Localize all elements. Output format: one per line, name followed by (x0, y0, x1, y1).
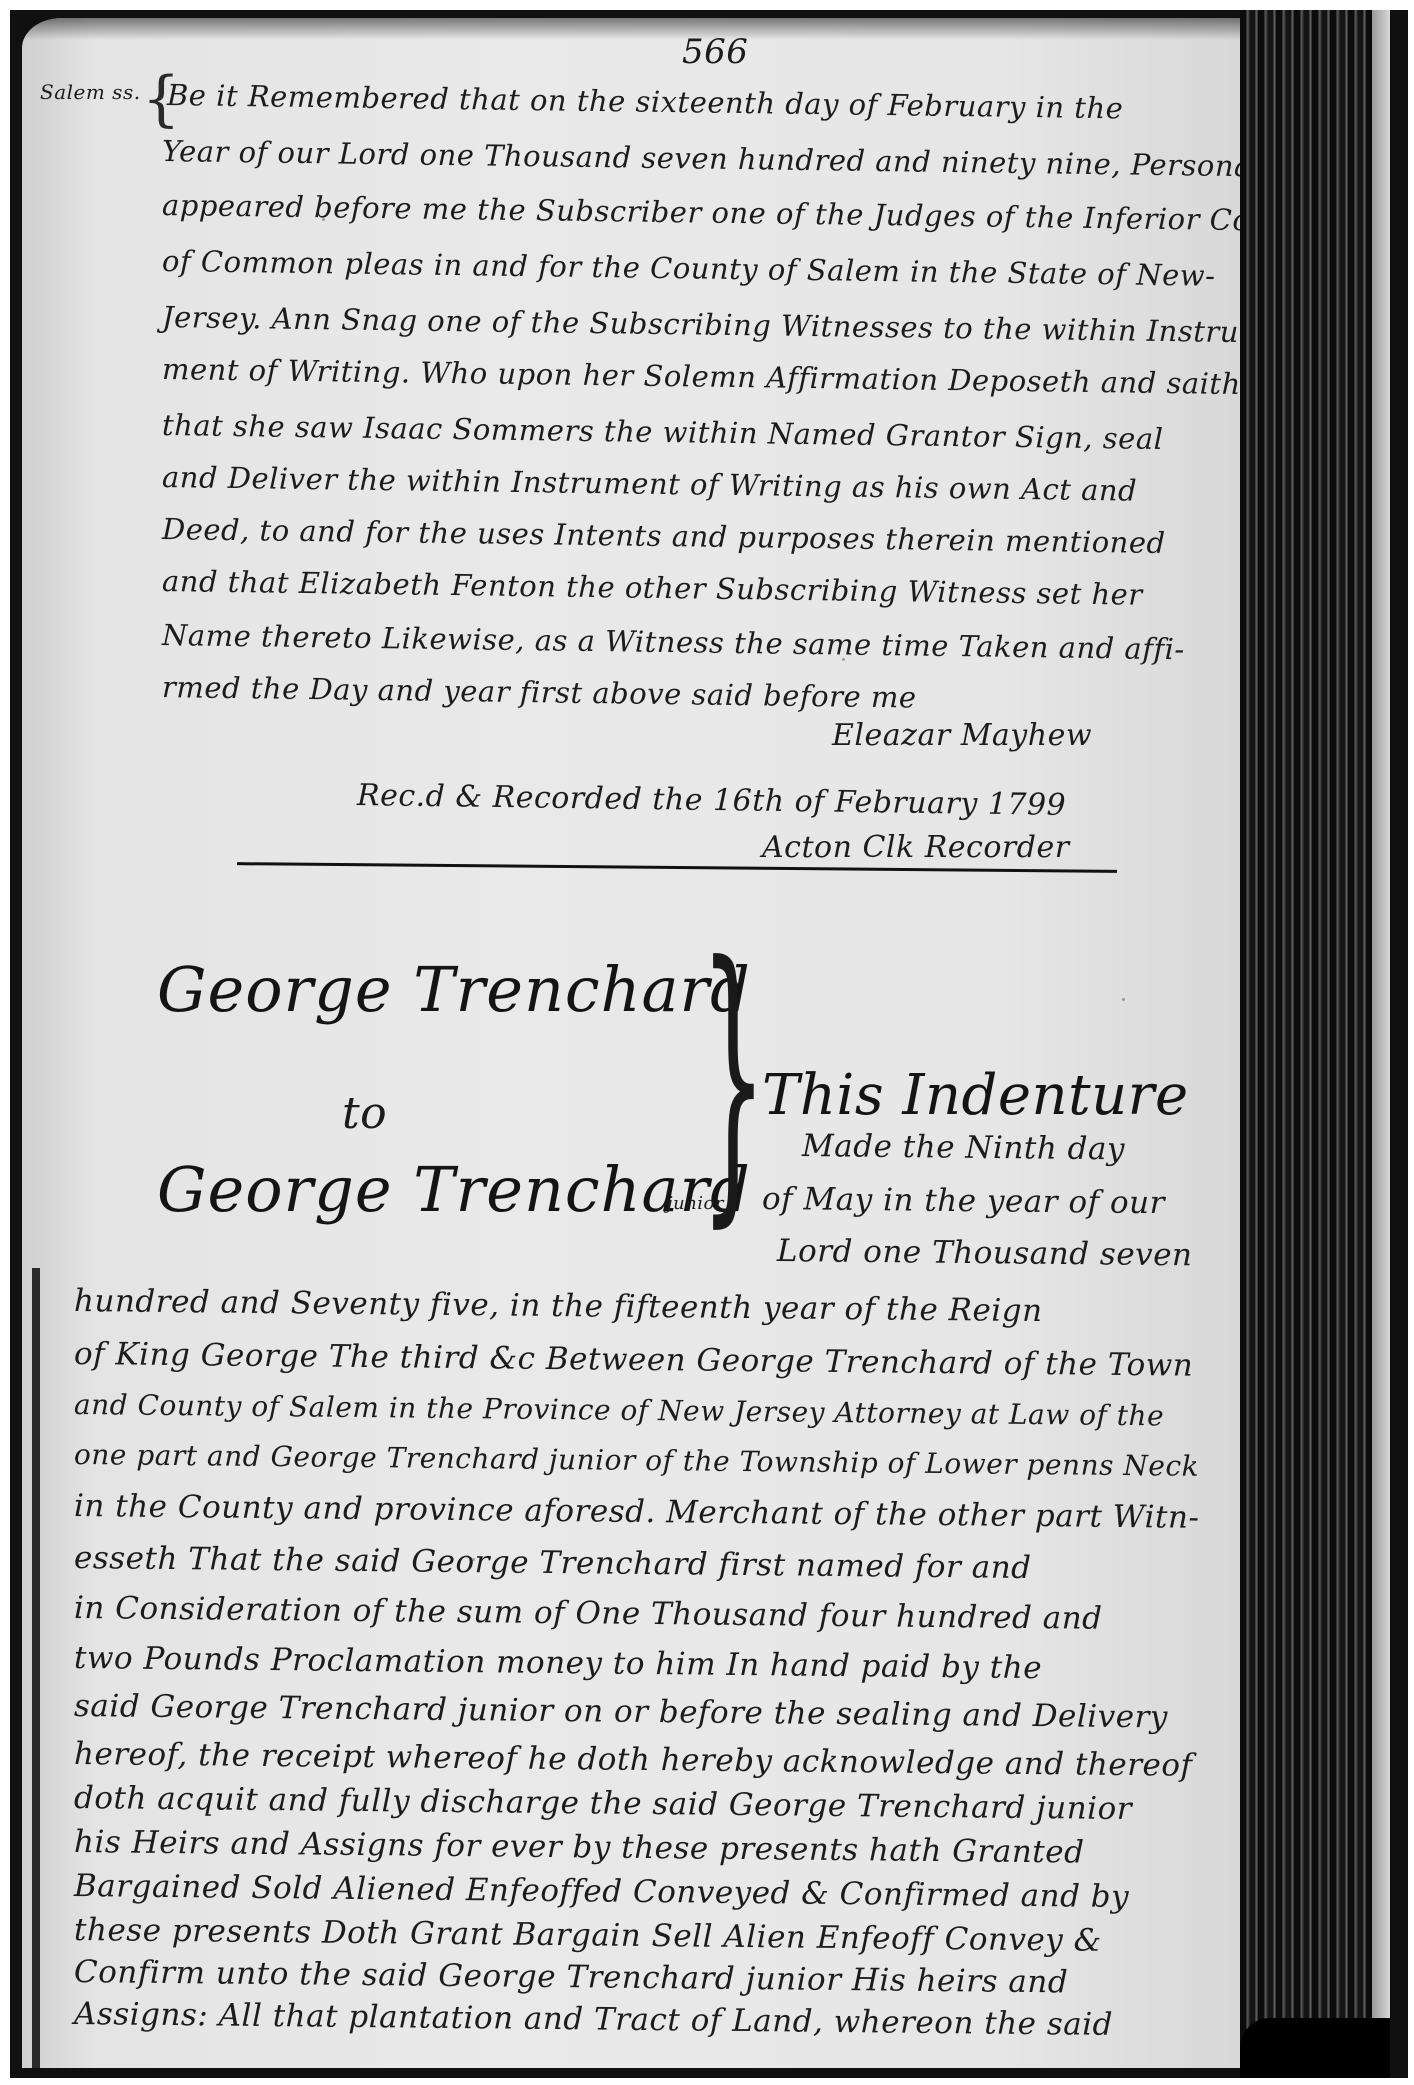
page-number: 566 (682, 32, 748, 72)
deed-line: two Pounds Proclamation money to him In … (74, 1640, 1042, 1686)
indenture-title: This Indenture (762, 1063, 1189, 1128)
deed-line: said George Trenchard junior on or befor… (74, 1688, 1168, 1735)
grantee-name: George Trenchard (157, 1153, 751, 1226)
ack-line: Name thereto Likewise, as a Witness the … (162, 618, 1185, 666)
deed-line: and County of Salem in the Province of N… (74, 1388, 1164, 1432)
deed-header-line: Lord one Thousand seven (777, 1233, 1193, 1273)
recorder-signature: Acton Clk Recorder (762, 830, 1070, 865)
deed-line: Confirm unto the said George Trenchard j… (74, 1954, 1069, 2000)
ack-line: Jersey. Ann Snag one of the Subscribing … (162, 300, 1240, 349)
party-connector: to (342, 1088, 387, 1139)
deed-line: esseth That the said George Trenchard fi… (74, 1540, 1032, 1586)
deed-header-line: Made the Ninth day (802, 1128, 1125, 1167)
recorded-line: Rec.d & Recorded the 16th of February 17… (357, 778, 1067, 823)
ack-line: of Common pleas in and for the County of… (162, 244, 1216, 293)
ack-line: and Deliver the within Instrument of Wri… (162, 460, 1138, 508)
deed-line: one part and George Trenchard junior of … (74, 1438, 1199, 1483)
deed-line: Bargained Sold Aliened Enfeoffed Conveye… (74, 1868, 1130, 1915)
book-page-edges (1240, 10, 1390, 2078)
paper-speck (322, 218, 325, 221)
margin-rule (32, 1268, 40, 2068)
ack-line: rmed the Day and year first above said b… (162, 670, 917, 715)
deed-line: in the County and province aforesd. Merc… (74, 1488, 1200, 1536)
ledger-page: 566 Salem ss. { Be it Remembered that on… (22, 18, 1240, 2068)
grantor-name: George Trenchard (157, 953, 751, 1026)
deed-line: hundred and Seventy five, in the fifteen… (74, 1283, 1043, 1329)
binding-shadow (1240, 2018, 1390, 2078)
ack-line: Year of our Lord one Thousand seven hund… (162, 134, 1240, 184)
deed-line: Assigns: All that plantation and Tract o… (74, 1996, 1113, 2043)
ack-line: Be it Remembered that on the sixteenth d… (167, 78, 1124, 125)
deed-header-line: of May in the year of our (762, 1181, 1165, 1221)
deed-line: doth acquit and fully discharge the said… (74, 1780, 1132, 1827)
ack-line: and that Elizabeth Fenton the other Subs… (162, 564, 1143, 612)
ack-line: ment of Writing. Who upon her Solemn Aff… (162, 352, 1240, 401)
brace-icon: } (700, 928, 767, 1228)
deed-line: in Consideration of the sum of One Thous… (74, 1590, 1103, 1637)
ack-line: Deed, to and for the uses Intents and pu… (162, 512, 1166, 560)
ack-line: appeared before me the Subscriber one of… (162, 188, 1240, 238)
paper-speck (472, 1558, 475, 1561)
deed-line: hereof, the receipt whereof he doth here… (74, 1736, 1193, 1784)
deed-line: his Heirs and Assigns for ever by these … (74, 1824, 1085, 1871)
margin-note-county: Salem ss. (40, 80, 141, 104)
judge-signature: Eleazar Mayhew (832, 718, 1092, 753)
deed-line: these presents Doth Grant Bargain Sell A… (74, 1912, 1102, 1959)
paper-speck (1122, 998, 1125, 1001)
ack-line: that she saw Isaac Sommers the within Na… (162, 408, 1164, 456)
paper-speck (842, 658, 845, 661)
deed-line: of King George The third &c Between Geor… (74, 1336, 1194, 1384)
